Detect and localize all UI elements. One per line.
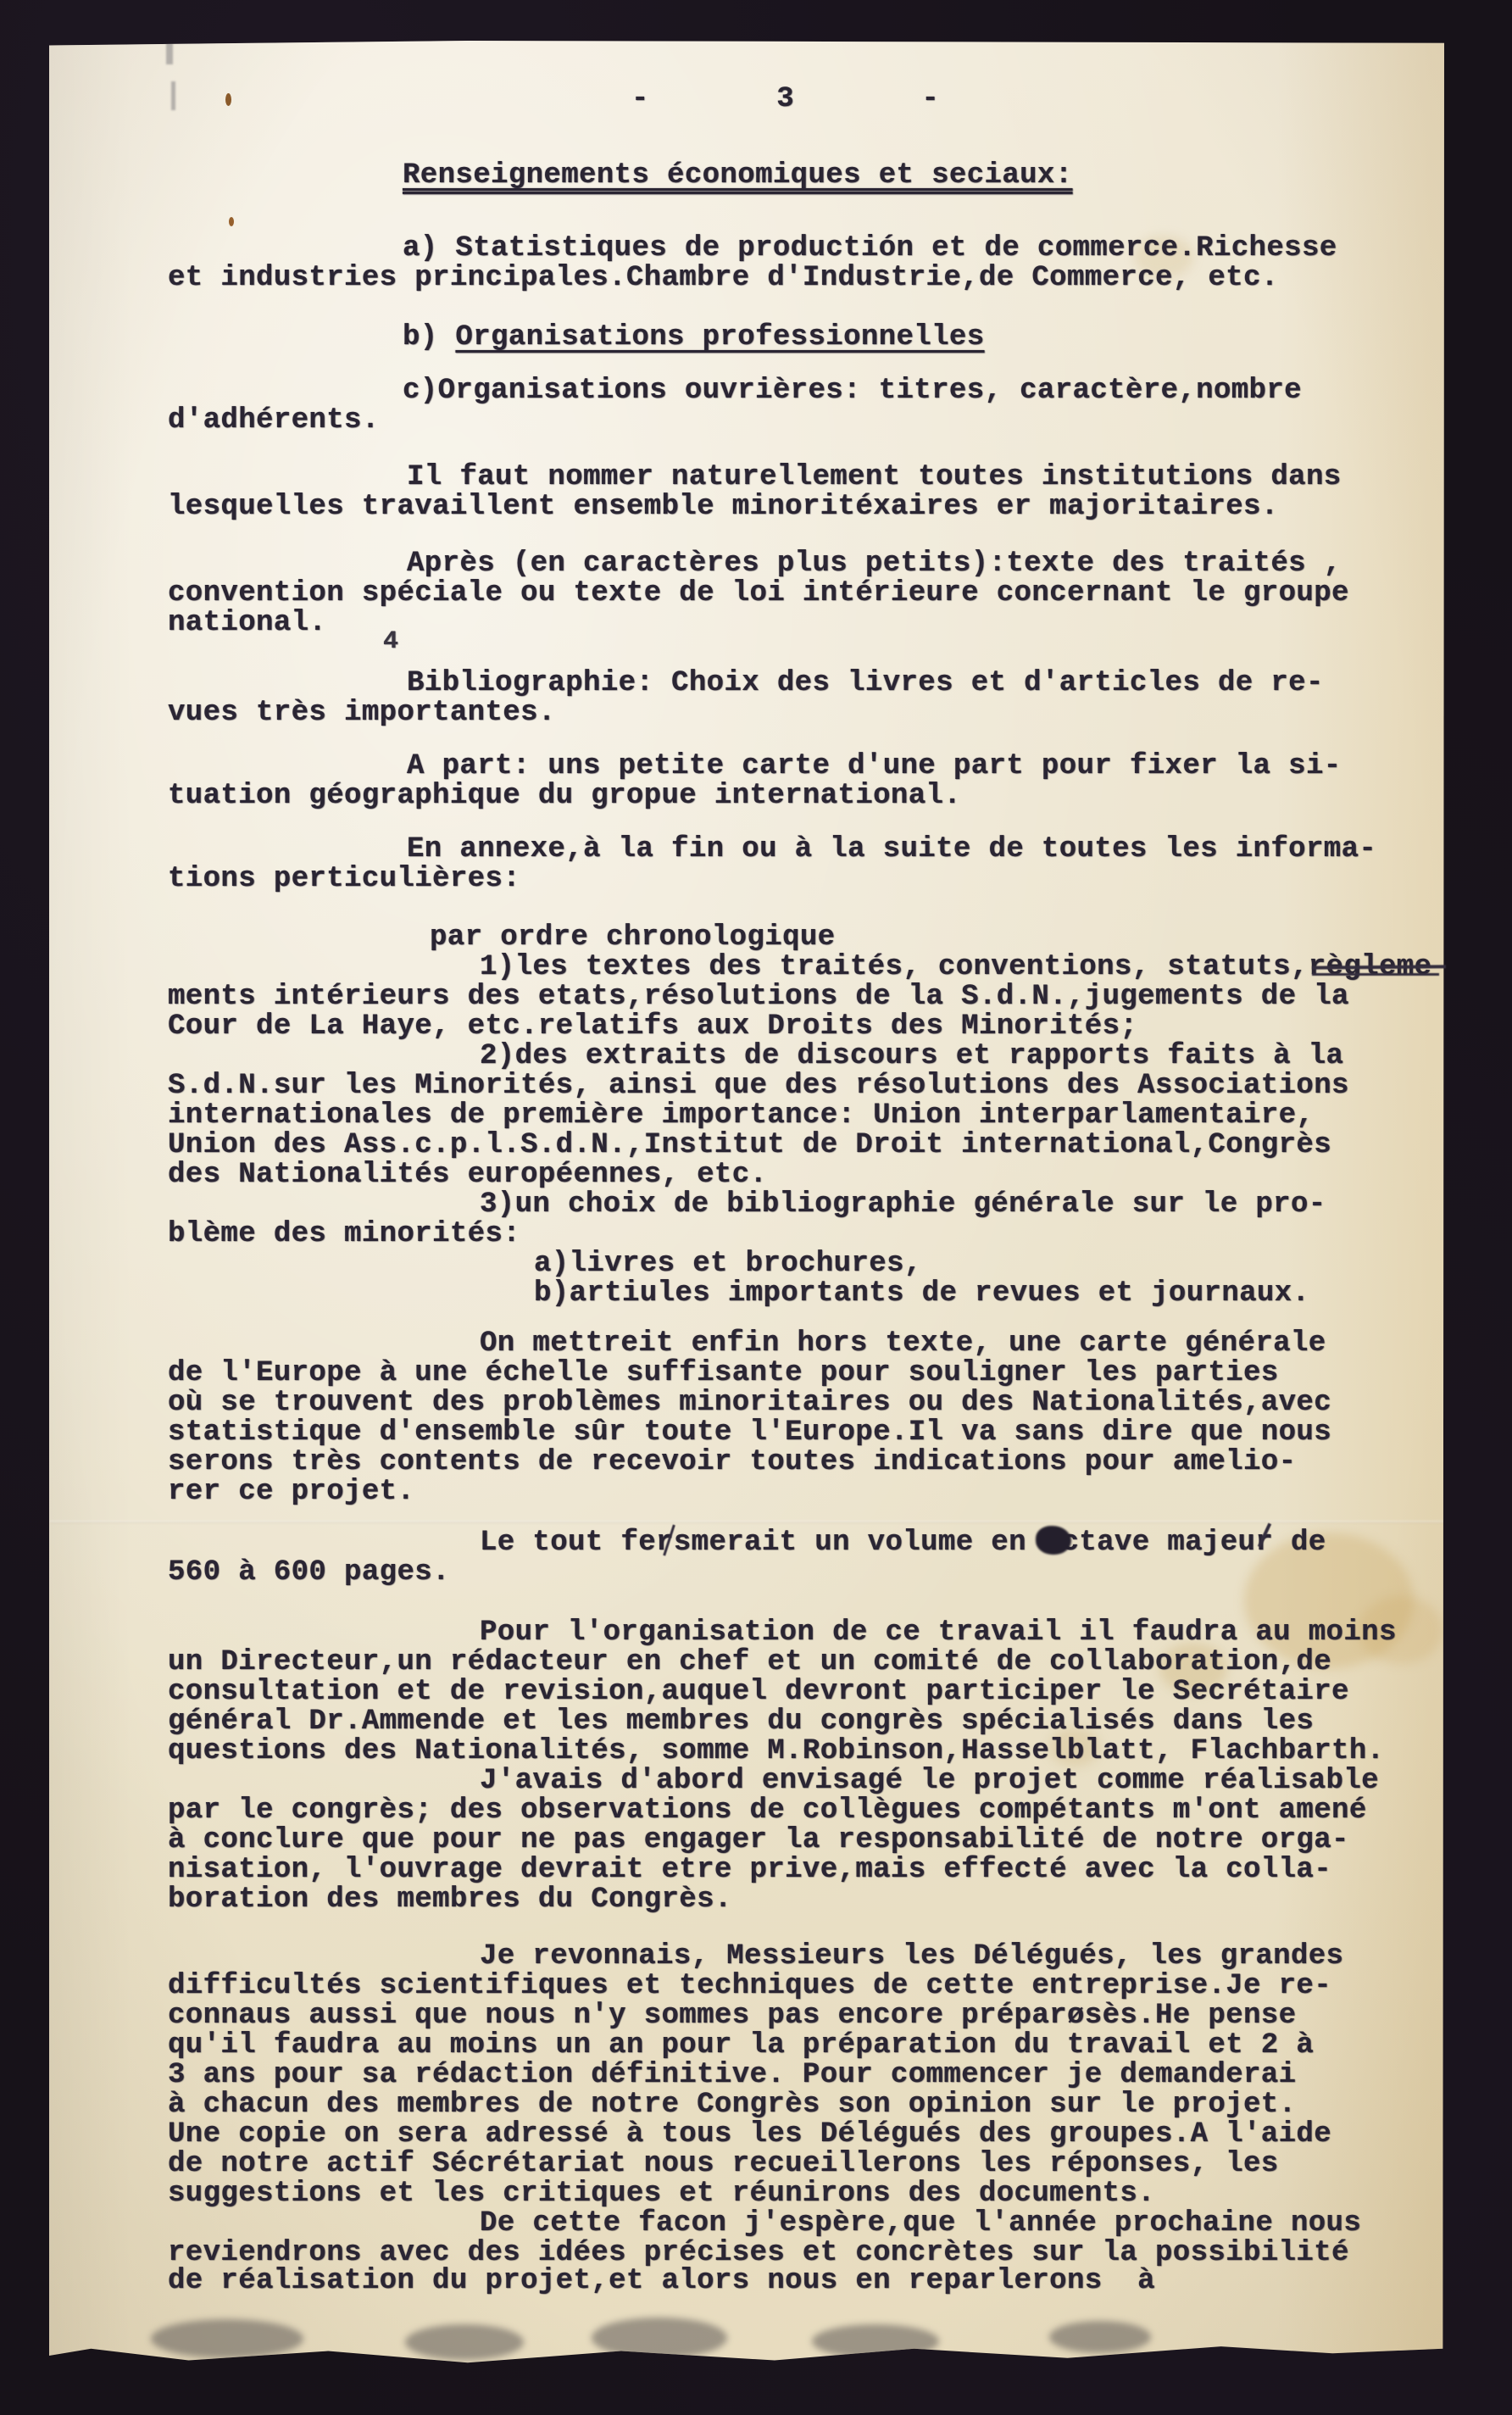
text-line: à chacun des membres de notre Congrès so… (168, 2090, 1296, 2119)
text-line: On mettreit enfin hors texte, une carte … (480, 1329, 1326, 1358)
text-line: Union des Ass.c.p.l.S.d.N.,Institut de D… (168, 1131, 1331, 1160)
stray-mark: 4 (383, 627, 398, 656)
text-line: Cour de La Haye, etc.relatifs aux Droits… (168, 1012, 1137, 1041)
text-line: Le tout fersmerait un volume en octave m… (480, 1528, 1326, 1557)
fold-line (49, 1521, 1444, 1523)
text-line: S.d.N.sur les Minorités, ainsi que des r… (168, 1071, 1349, 1100)
text-line: consultation et de revision,auquel devro… (168, 1678, 1349, 1706)
pencil-mark (166, 42, 173, 64)
text-line: convention spéciale ou texte de loi inté… (168, 579, 1349, 608)
paper-speck (229, 217, 234, 226)
text-line: Pour l'organisation de ce travail il fau… (480, 1618, 1397, 1647)
item-prefix: b) (403, 321, 455, 353)
section-heading: Renseignements économiques et seciaux: (403, 161, 1073, 190)
text-line: De cette facon j'espère,que l'année proc… (480, 2209, 1361, 2238)
text-line: ments intérieurs des etats,résolutions d… (168, 982, 1349, 1011)
text-line: d'adhérents. (168, 406, 380, 435)
text-line: tions perticulières: (168, 865, 520, 893)
text-line: vues très importantes. (168, 698, 556, 727)
text-line: de notre actif Sécrétariat nous recueill… (168, 2150, 1279, 2179)
text-line: de réalisation du projet,et alors nous e… (168, 2267, 1155, 2295)
text-line: rer ce projet. (168, 1477, 414, 1506)
text-line: c)Organisations ouvrières: titres, carac… (403, 376, 1302, 405)
text-line: tuation géographique du gropue internati… (168, 782, 961, 810)
text-line: difficultés scientifiques et techniques … (168, 1972, 1331, 2000)
text-line: internationales de première importance: … (168, 1101, 1314, 1130)
text-line: nisation, l'ouvrage devrait etre prive,m… (168, 1856, 1331, 1884)
text-line: connaus aussi que nous n'y sommes pas en… (168, 2001, 1296, 2030)
scan-background: - 3 - Renseignements économiques et seci… (0, 0, 1512, 2415)
text-line: Je revonnais, Messieurs les Délégués, le… (480, 1942, 1343, 1971)
text-line: 3)un choix de bibliographie générale sur… (480, 1190, 1326, 1219)
text-line: de l'Europe à une échelle suffisante pou… (168, 1359, 1279, 1388)
paper-speck (225, 93, 231, 106)
text-line: a)livres et brochures, (534, 1249, 922, 1278)
text-line: 2)des extraits de discours et rapports f… (480, 1042, 1343, 1071)
text-line: et industries principales.Chambre d'Indu… (168, 264, 1279, 292)
text-line: boration des membres du Congrès. (168, 1885, 732, 1914)
text-line: un Directeur,un rédacteur en chef et un … (168, 1648, 1331, 1677)
page-number: - 3 - (631, 85, 940, 114)
text-line: Bibliographie: Choix des livres et d'art… (407, 669, 1324, 698)
text-line: général Dr.Ammende et les membres du con… (168, 1707, 1314, 1736)
text-line: des Nationalités européennes, etc. (168, 1160, 767, 1189)
torn-edge-smudge (592, 2318, 727, 2358)
text-line: Après (en caractères plus petits):texte … (407, 549, 1342, 578)
text-line: par ordre chronologique (430, 923, 835, 952)
text-line: blème des minorités: (168, 1220, 520, 1249)
text-line: national. (168, 609, 326, 637)
text-line: reviendrons avec des idées précises et c… (168, 2239, 1349, 2268)
text-line: A part: uns petite carte d'une part pour… (407, 752, 1342, 781)
item-label: Organisations professionnelles (455, 321, 984, 353)
subsection-heading: b) Organisations professionnelles (403, 323, 985, 352)
text-line: a) Statistiques de productión et de comm… (403, 234, 1337, 263)
text-line: suggestions et les critiques et réuniron… (168, 2179, 1155, 2208)
torn-edge-smudge (1049, 2321, 1151, 2353)
text-line: par le congrès; des observations de coll… (168, 1796, 1367, 1825)
text-line: Il faut nommer naturellement toutes inst… (407, 463, 1342, 492)
torn-edge-smudge (151, 2319, 303, 2358)
text-line: b)artiules importants de revues et journ… (534, 1279, 1309, 1308)
text-line: où se trouvent des problèmes minoritaire… (168, 1388, 1331, 1417)
torn-edge-smudge (812, 2324, 939, 2358)
text-line: 3 ans pour sa rédaction définitive. Pour… (168, 2061, 1296, 2089)
text-line: questions des Nationalités, somme M.Robi… (168, 1737, 1384, 1766)
text-line: statistique d'ensemble sûr toute l'Europ… (168, 1418, 1331, 1447)
text-line: 1)les textes des traités, conventions, s… (480, 953, 1431, 982)
torn-edge-smudge (405, 2324, 524, 2360)
pencil-mark (171, 81, 175, 110)
text-line: qu'il faudra au moins un an pour la prép… (168, 2031, 1314, 2060)
text-line: 560 à 600 pages. (168, 1558, 450, 1587)
text-line: à conclure que pour ne pas engager la re… (168, 1826, 1349, 1855)
text-line: serons très contents de recevoir toutes … (168, 1448, 1296, 1477)
text-line: En annexe,à la fin ou à la suite de tout… (407, 835, 1376, 864)
text-line: lesquelles travaillent ensemble minorité… (168, 492, 1279, 521)
text-line: J'avais d'abord envisagé le projet comme… (480, 1767, 1379, 1795)
text-line: Une copie on sera adressé à tous les Dél… (168, 2120, 1331, 2149)
